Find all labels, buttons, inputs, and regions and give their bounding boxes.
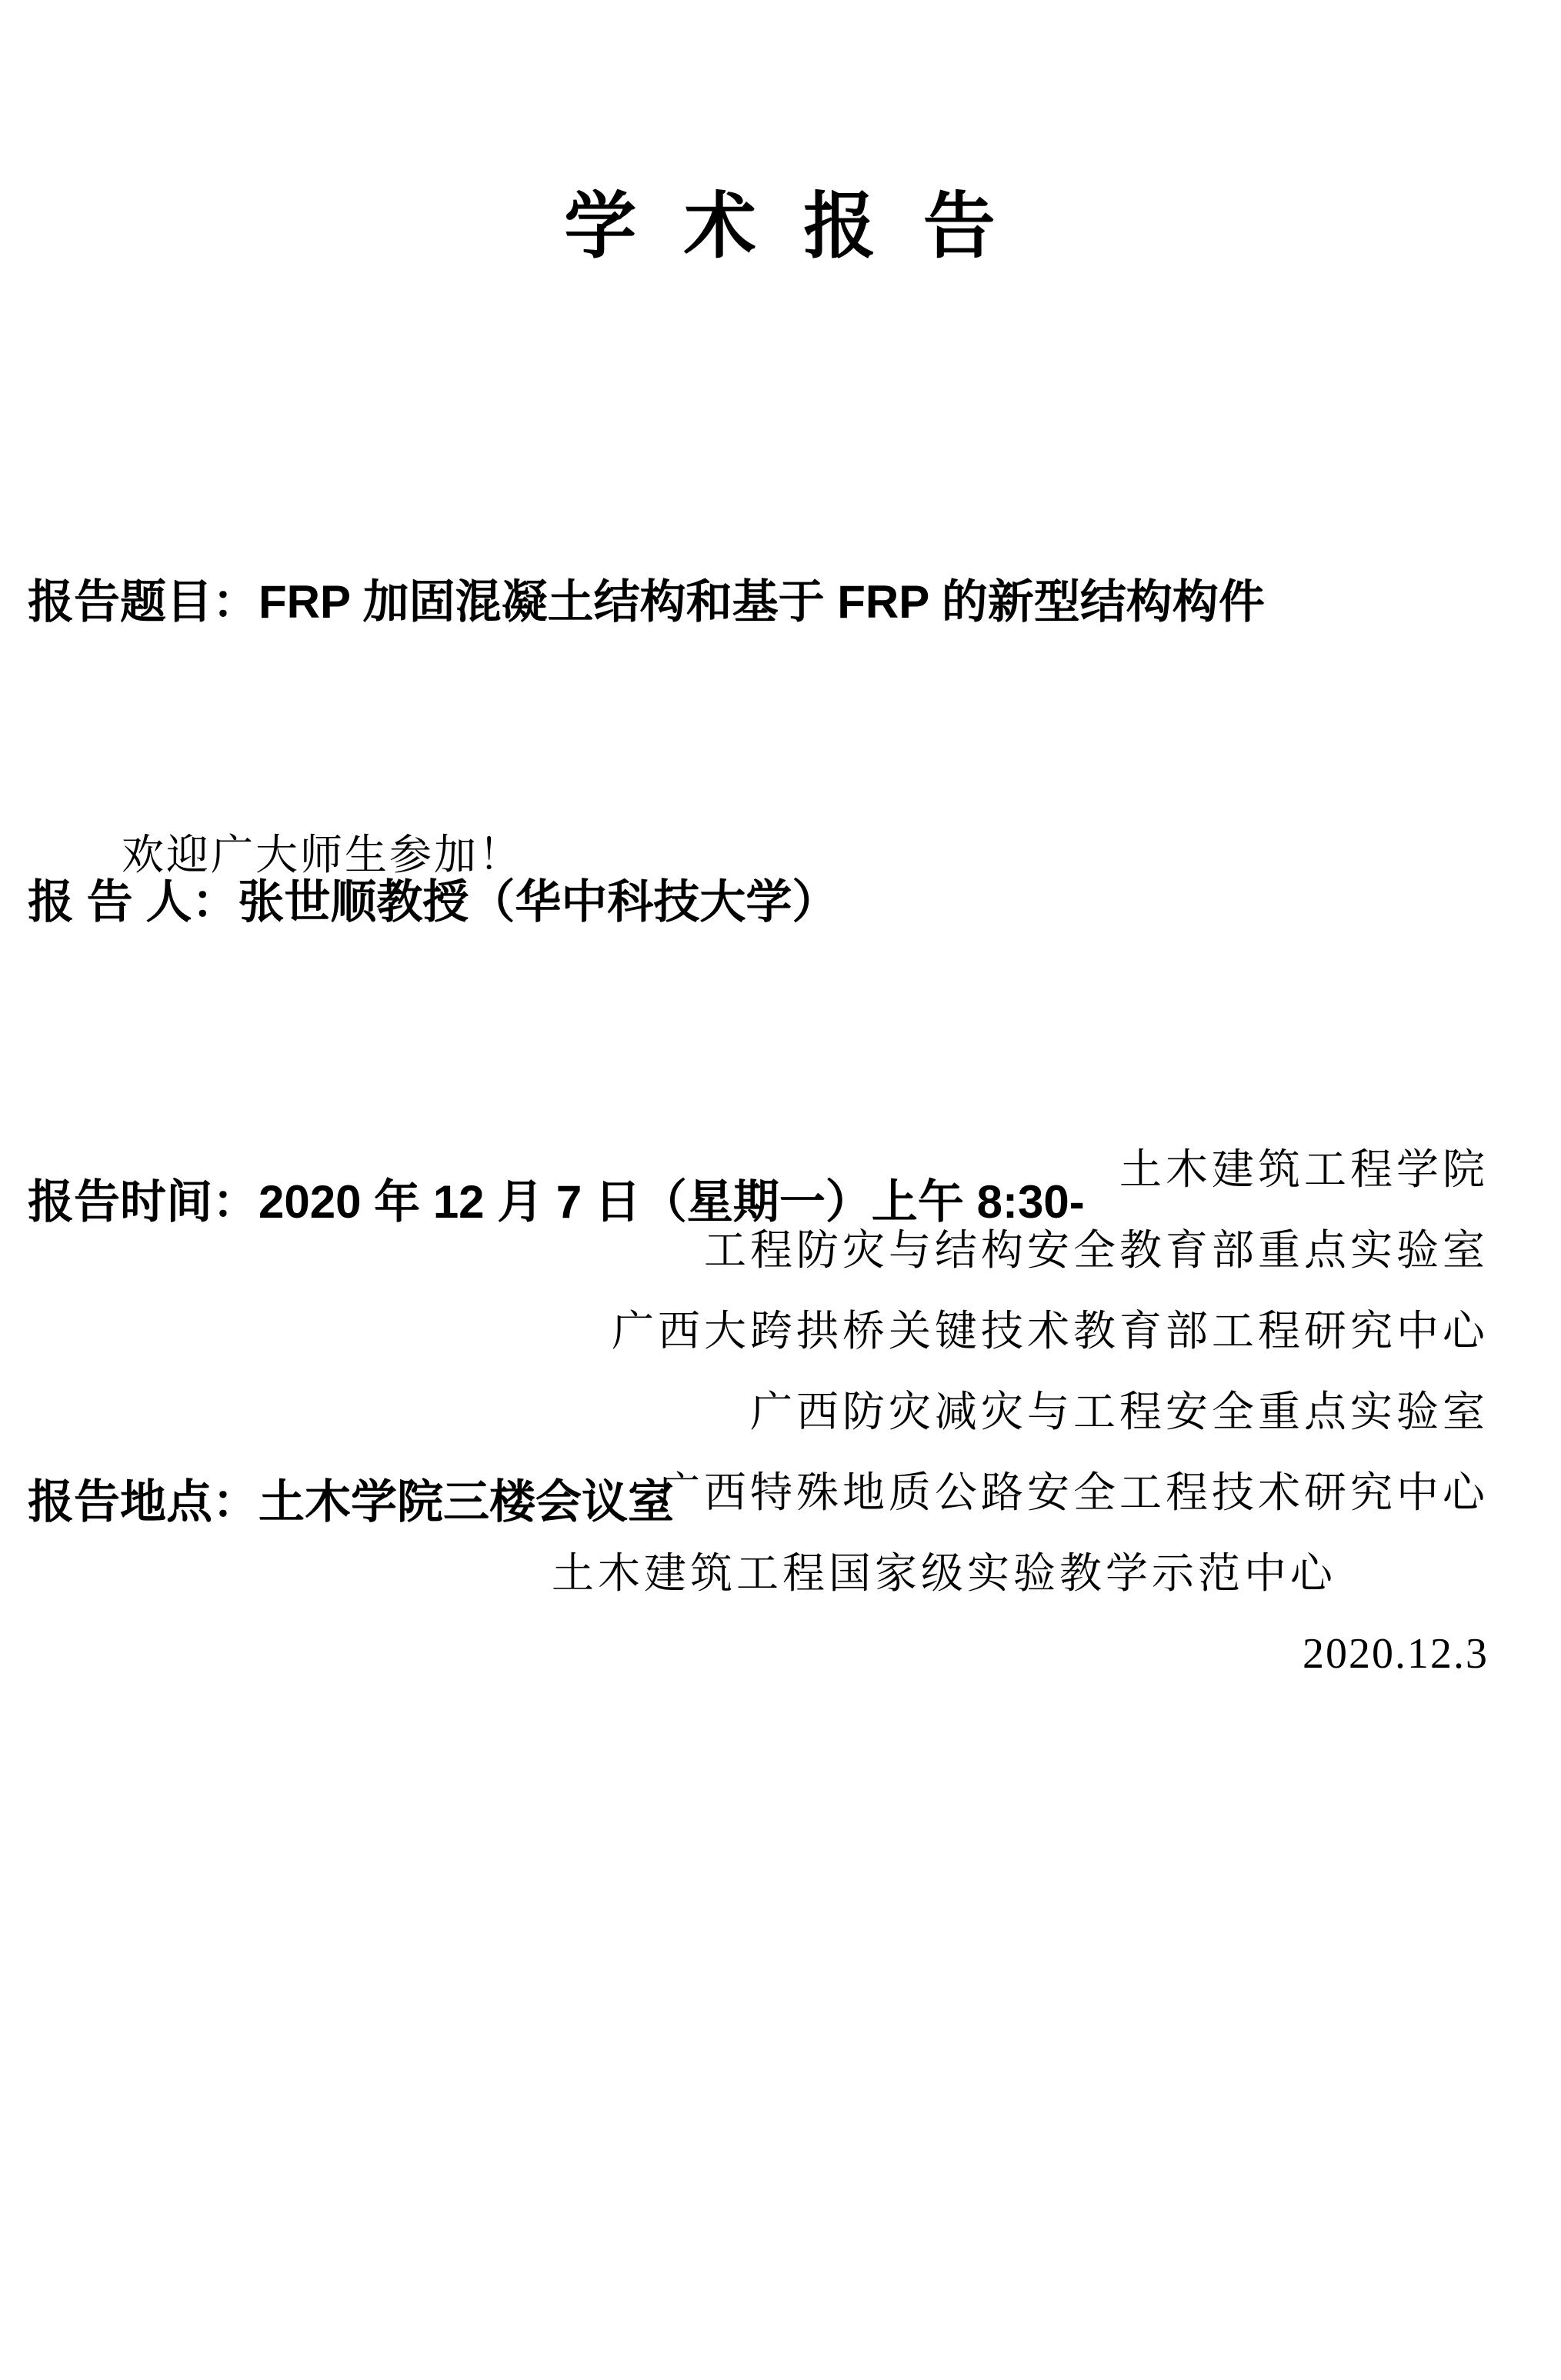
report-topic-line: 报告题目：FRP 加固混凝土结构和基于 FRP 的新型结构构件 — [28, 552, 1515, 652]
signature-line-disaster-lab: 广西防灾减灾与工程安全重点实验室 — [28, 1372, 1489, 1452]
signature-line-highway-center: 广西特殊地质公路安全工程技术研究中心 — [28, 1452, 1489, 1533]
signature-line-teaching-center: 土木建筑工程国家级实验教学示范中心 — [28, 1533, 1336, 1614]
document-page: 学 术 报 告 报告题目：FRP 加固混凝土结构和基于 FRP 的新型结构构件 … — [0, 0, 1561, 2380]
signature-block: 土木建筑工程学院 工程防灾与结构安全教育部重点实验室 广西大跨拱桥关键技术教育部… — [28, 1129, 1489, 1695]
date-line: 2020.12.3 — [28, 1614, 1489, 1695]
page-title: 学 术 报 告 — [0, 181, 1561, 273]
signature-line-college: 土木建筑工程学院 — [28, 1129, 1489, 1210]
signature-line-arch-bridge-center: 广西大跨拱桥关键技术教育部工程研究中心 — [28, 1291, 1489, 1372]
welcome-note: 欢迎广大师生参加！ — [122, 817, 523, 894]
signature-line-key-lab: 工程防灾与结构安全教育部重点实验室 — [28, 1210, 1489, 1291]
